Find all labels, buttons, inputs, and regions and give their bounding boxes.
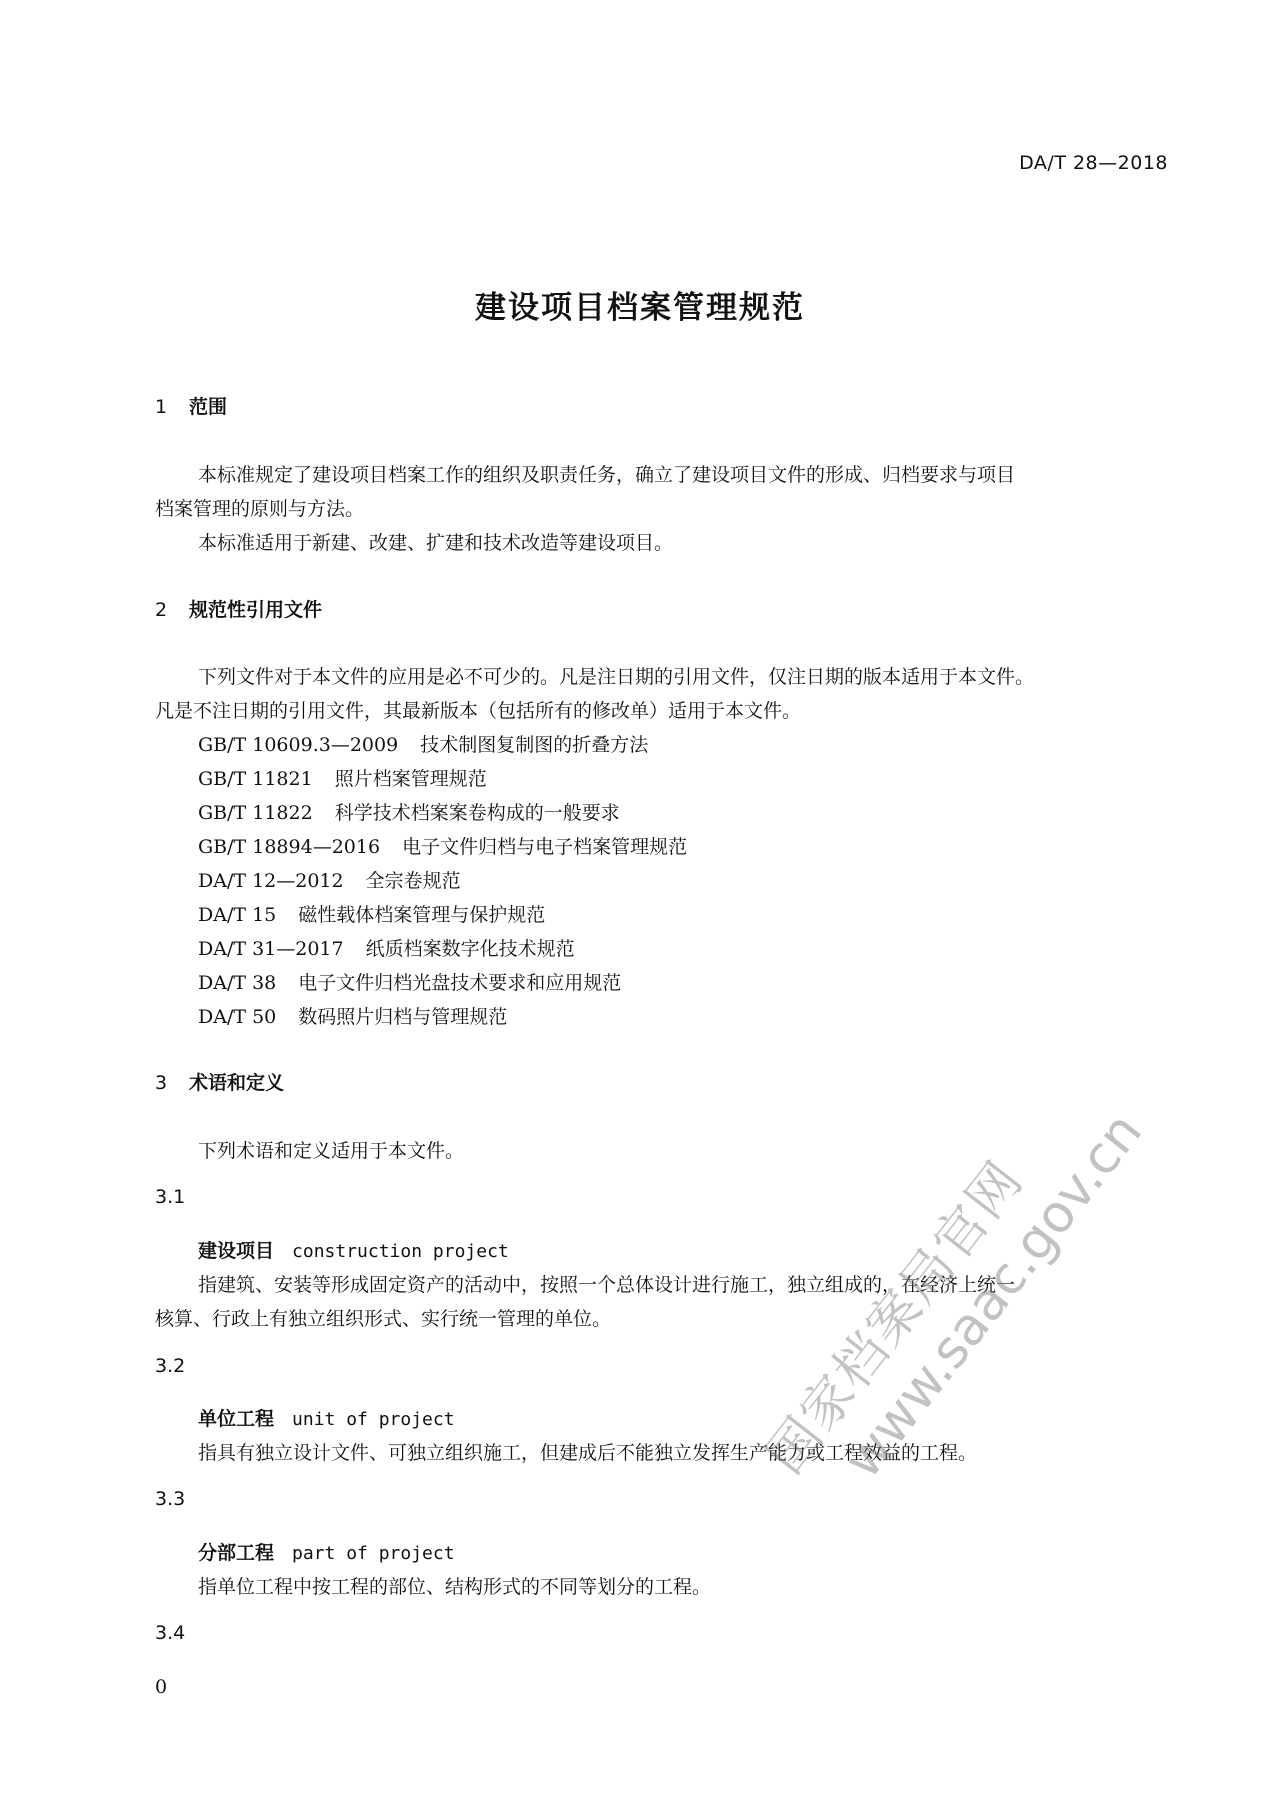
term-chinese: 单位工程 — [198, 1408, 274, 1430]
section-number: 1 — [155, 396, 189, 418]
reference-code: DA/T 31—2017 — [198, 938, 344, 960]
reference-title: 照片档案管理规范 — [335, 768, 487, 790]
reference-item: DA/T 38电子文件归档光盘技术要求和应用规范 — [198, 968, 621, 995]
reference-item: GB/T 11822科学技术档案案卷构成的一般要求 — [198, 798, 620, 825]
reference-code: GB/T 18894—2016 — [198, 836, 380, 858]
reference-item: DA/T 15磁性载体档案管理与保护规范 — [198, 900, 545, 927]
reference-title: 数码照片归档与管理规范 — [298, 1006, 507, 1028]
paragraph: 本标准适用于新建、改建、扩建和技术改造等建设项目。 — [198, 528, 673, 555]
term-english: construction project — [292, 1241, 509, 1262]
reference-title: 技术制图复制图的折叠方法 — [420, 734, 648, 756]
reference-item: DA/T 31—2017纸质档案数字化技术规范 — [198, 934, 575, 961]
clause-number: 3.4 — [155, 1622, 185, 1644]
term-entry: 建设项目construction project — [198, 1236, 509, 1263]
reference-item: GB/T 18894—2016电子文件归档与电子档案管理规范 — [198, 832, 687, 859]
term-english: unit of project — [292, 1409, 455, 1430]
term-entry: 单位工程unit of project — [198, 1404, 455, 1431]
section-number: 2 — [155, 599, 189, 621]
reference-code: GB/T 11821 — [198, 768, 313, 790]
clause-number: 3.2 — [155, 1355, 185, 1377]
term-chinese: 分部工程 — [198, 1542, 274, 1564]
document-title: 建设项目档案管理规范 — [0, 282, 1280, 327]
term-definition: 核算、行政上有独立组织形式、实行统一管理的单位。 — [155, 1304, 611, 1331]
reference-title: 科学技术档案案卷构成的一般要求 — [335, 802, 620, 824]
section-3-heading: 3术语和定义 — [155, 1068, 284, 1095]
reference-item: DA/T 12—2012全宗卷规范 — [198, 866, 461, 893]
section-title: 术语和定义 — [189, 1072, 284, 1094]
reference-code: DA/T 15 — [198, 904, 276, 926]
term-definition: 指建筑、安装等形成固定资产的活动中，按照一个总体设计进行施工，独立组成的，在经济… — [198, 1270, 1015, 1297]
clause-number: 3.3 — [155, 1488, 185, 1510]
term-definition: 指单位工程中按工程的部位、结构形式的不同等划分的工程。 — [198, 1572, 711, 1599]
reference-item: GB/T 10609.3—2009技术制图复制图的折叠方法 — [198, 730, 648, 757]
reference-title: 磁性载体档案管理与保护规范 — [298, 904, 545, 926]
page-number: 0 — [155, 1676, 167, 1698]
paragraph: 下列术语和定义适用于本文件。 — [198, 1136, 464, 1163]
term-chinese: 建设项目 — [198, 1240, 274, 1262]
paragraph: 本标准规定了建设项目档案工作的组织及职责任务，确立了建设项目文件的形成、归档要求… — [198, 460, 1015, 487]
reference-title: 全宗卷规范 — [366, 870, 461, 892]
reference-item: DA/T 50数码照片归档与管理规范 — [198, 1002, 507, 1029]
reference-title: 纸质档案数字化技术规范 — [366, 938, 575, 960]
reference-code: GB/T 10609.3—2009 — [198, 734, 398, 756]
section-title: 规范性引用文件 — [189, 599, 322, 621]
standard-code: DA/T 28—2018 — [1019, 152, 1168, 174]
section-1-heading: 1范围 — [155, 392, 227, 419]
section-2-heading: 2规范性引用文件 — [155, 595, 322, 622]
section-title: 范围 — [189, 396, 227, 418]
term-definition: 指具有独立设计文件、可独立组织施工，但建成后不能独立发挥生产能力或工程效益的工程… — [198, 1438, 977, 1465]
reference-code: GB/T 11822 — [198, 802, 313, 824]
reference-code: DA/T 38 — [198, 972, 276, 994]
reference-title: 电子文件归档与电子档案管理规范 — [402, 836, 687, 858]
paragraph: 档案管理的原则与方法。 — [155, 494, 364, 521]
reference-code: DA/T 12—2012 — [198, 870, 344, 892]
term-english: part of project — [292, 1543, 455, 1564]
reference-code: DA/T 50 — [198, 1006, 276, 1028]
paragraph: 下列文件对于本文件的应用是必不可少的。凡是注日期的引用文件，仅注日期的版本适用于… — [198, 662, 1034, 689]
paragraph: 凡是不注日期的引用文件，其最新版本（包括所有的修改单）适用于本文件。 — [155, 696, 801, 723]
term-entry: 分部工程part of project — [198, 1538, 455, 1565]
reference-title: 电子文件归档光盘技术要求和应用规范 — [298, 972, 621, 994]
reference-item: GB/T 11821照片档案管理规范 — [198, 764, 487, 791]
section-number: 3 — [155, 1072, 189, 1094]
clause-number: 3.1 — [155, 1186, 185, 1208]
